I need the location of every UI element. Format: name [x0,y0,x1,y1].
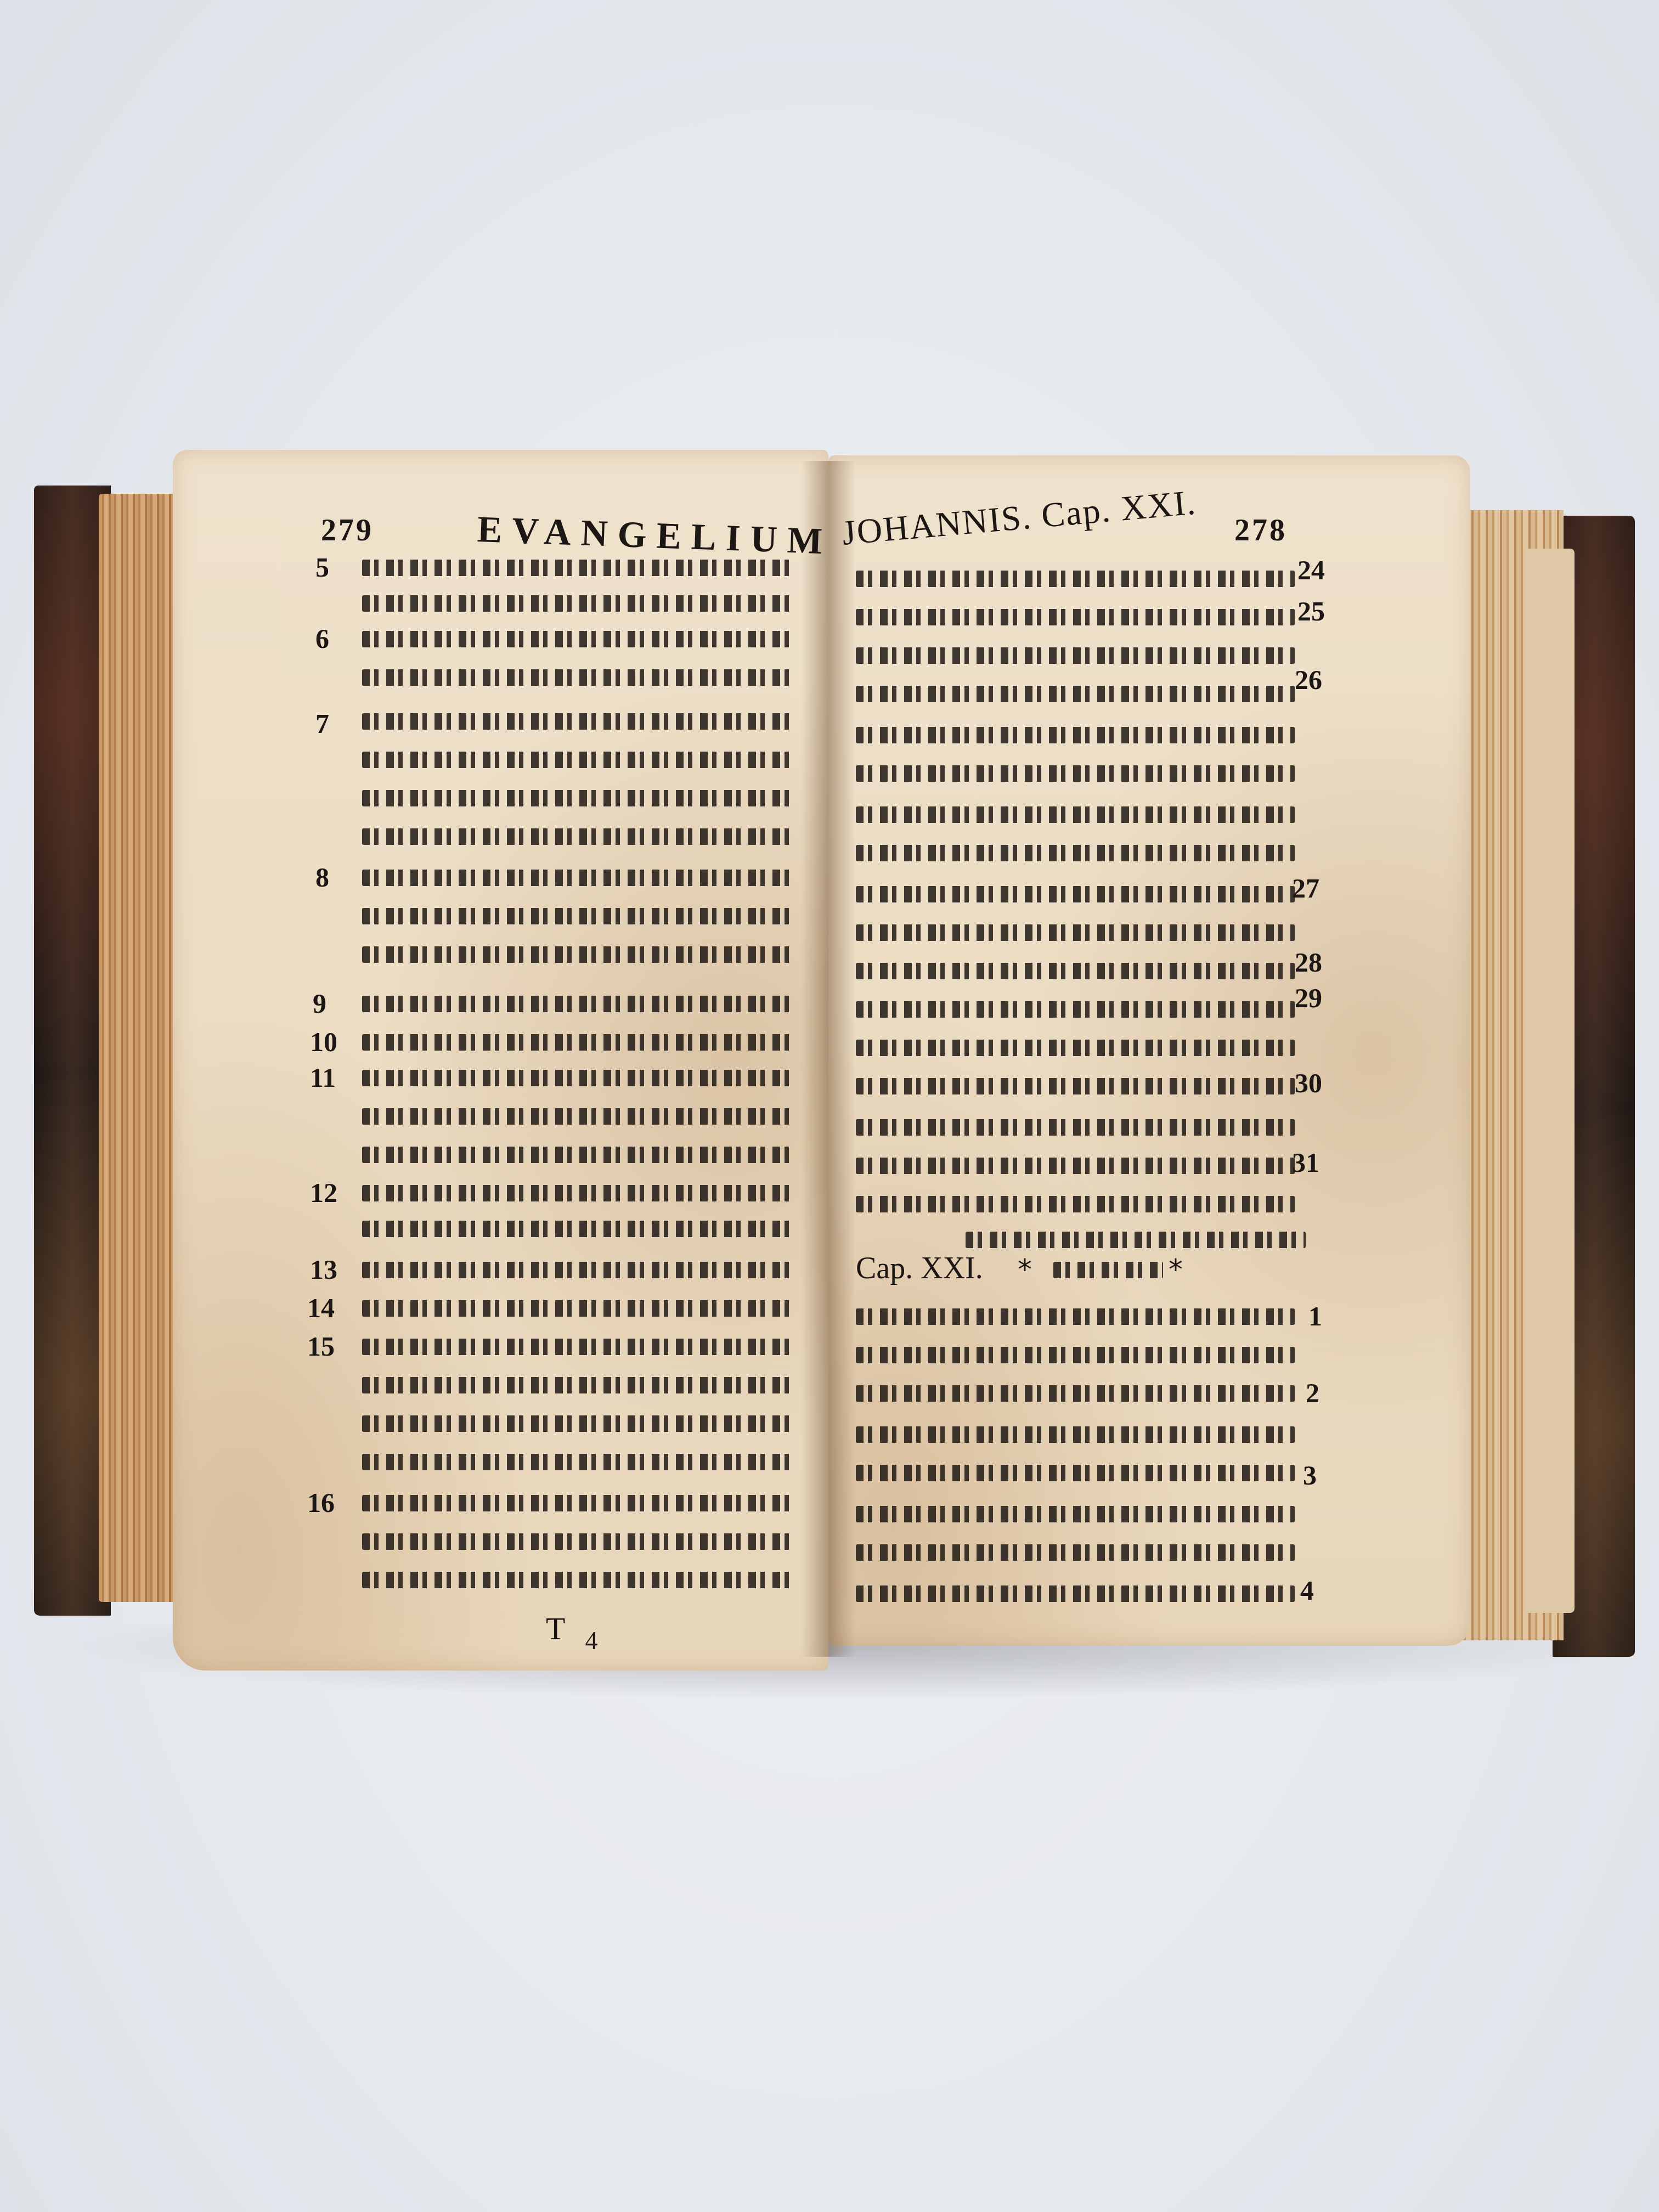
verse-number: 1 [1308,1300,1322,1332]
syriac-text-line [856,1465,1295,1481]
syriac-text-line [362,1108,795,1125]
syriac-text-line [856,571,1295,587]
syriac-text-line [362,595,795,612]
signature-letter: T [546,1611,565,1646]
syriac-text-line [856,1308,1295,1325]
syriac-text-line [856,886,1295,902]
syriac-text-line [856,1426,1295,1443]
syriac-text-line [362,1533,795,1550]
syriac-text-line [856,1385,1295,1402]
verse-number: 8 [315,861,329,893]
syriac-text-line [856,1506,1295,1522]
verse-number: 26 [1295,664,1322,696]
verse-number: 12 [310,1177,337,1209]
syriac-text-line [362,1415,795,1432]
syriac-text-line [856,924,1295,941]
syriac-text-line [362,1147,795,1163]
verse-number: 13 [310,1254,337,1285]
syriac-text-line [362,669,795,686]
syriac-text-line [362,1454,795,1470]
syriac-text-line [856,1544,1295,1561]
syriac-text-line [362,828,795,845]
verse-number: 4 [1300,1575,1314,1606]
syriac-text-line [856,845,1295,861]
syriac-text-line [362,870,795,886]
syriac-text-line [362,631,795,647]
right-endpaper-edge [1525,549,1575,1613]
syriac-text-line [362,1034,795,1051]
verse-number: 14 [307,1292,335,1324]
verse-number: 31 [1292,1147,1319,1178]
syriac-text-line [362,1572,795,1588]
syriac-text-line [362,1221,795,1237]
verse-number: 15 [307,1330,335,1362]
verse-number: 9 [313,988,326,1019]
verse-number: 28 [1295,946,1322,978]
syriac-text-line [362,1300,795,1317]
syriac-text-line [856,806,1295,823]
syriac-text-line [856,765,1295,782]
syriac-text-line [362,908,795,924]
verse-number: 11 [310,1062,336,1093]
syriac-text-line [856,727,1295,743]
syriac-text-line [362,1495,795,1511]
syriac-text-line [362,1262,795,1278]
verse-number: 16 [307,1487,335,1519]
verse-number: 7 [315,708,329,740]
verse-number: 25 [1297,595,1325,627]
verse-number: 29 [1295,982,1322,1014]
syriac-text-line [856,1078,1295,1094]
syriac-text-line [856,1040,1295,1056]
syriac-text-line [362,996,795,1012]
syriac-text-line [362,1185,795,1201]
syriac-text-line [362,1070,795,1086]
right-page-number: 278 [1234,513,1287,548]
verse-number: 30 [1295,1067,1322,1099]
syriac-text-line [856,686,1295,702]
syriac-text-line [362,790,795,806]
syriac-text-line [856,1158,1295,1174]
left-page-block-edge [99,494,181,1602]
syriac-text-line [856,647,1295,664]
syriac-text-line [362,752,795,768]
verse-number: 5 [315,551,329,583]
syriac-text-line [362,560,795,576]
syriac-text-line [966,1232,1306,1248]
signature-mark: T4 [546,1610,597,1647]
asterisk-ornament-icon: * [1169,1254,1183,1286]
syriac-text-line [362,1339,795,1355]
syriac-text-line [362,713,795,730]
syriac-text-line [856,963,1295,979]
syriac-text-line [856,1585,1295,1602]
book-gutter [801,461,856,1657]
syriac-text-line [856,1119,1295,1136]
verse-number: 3 [1303,1459,1317,1491]
verse-number: 27 [1292,872,1319,904]
syriac-text-line [856,1347,1295,1363]
verse-number: 2 [1306,1377,1319,1409]
syriac-text-line [856,609,1295,625]
asterisk-ornament-icon: * [1018,1254,1032,1286]
syriac-text-line [856,1196,1295,1212]
syriac-text-line [362,946,795,963]
left-page-number: 279 [321,513,374,548]
verse-number: 24 [1297,554,1325,586]
verse-number: 10 [310,1026,337,1058]
signature-number: 4 [585,1627,597,1655]
verse-number: 6 [315,623,329,654]
syriac-chapter-title [1053,1262,1163,1278]
syriac-text-line [856,1001,1295,1018]
syriac-text-line [362,1377,795,1393]
chapter-heading: Cap. XXI. [856,1251,983,1286]
